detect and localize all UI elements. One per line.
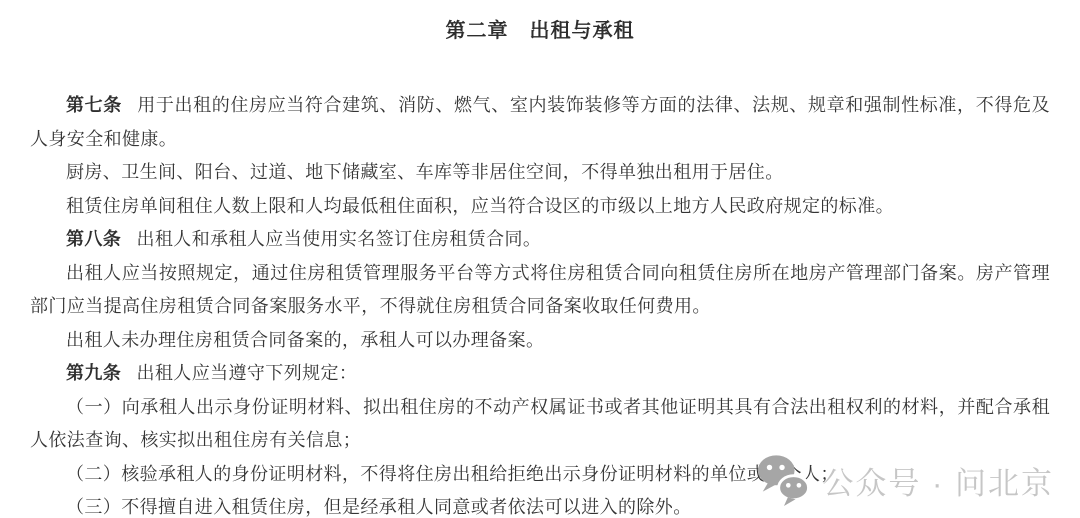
document-page: 第二章 出租与承租 第七条用于出租的住房应当符合建筑、消防、燃气、室内装饰装修等… bbox=[0, 0, 1080, 518]
paragraph-article-9: 第九条出租人应当遵守下列规定： bbox=[30, 357, 1050, 391]
paragraph-article-7: 第七条用于出租的住房应当符合建筑、消防、燃气、室内装饰装修等方面的法律、法规、规… bbox=[30, 89, 1050, 156]
paragraph: 出租人未办理住房租赁合同备案的，承租人可以办理备案。 bbox=[30, 324, 1050, 358]
article-label: 第九条 bbox=[66, 363, 121, 383]
paragraph-text: （二）核验承租人的身份证明材料，不得将住房出租给拒绝出示身份证明材料的单位或者个… bbox=[66, 464, 839, 484]
paragraph-text: （三）不得擅自进入租赁住房，但是经承租人同意或者依法可以进入的除外。 bbox=[66, 497, 692, 517]
paragraph-item-2: （二）核验承租人的身份证明材料，不得将住房出租给拒绝出示身份证明材料的单位或者个… bbox=[30, 458, 1050, 492]
paragraph-text: 出租人应当按照规定，通过住房租赁管理服务平台等方式将住房租赁合同向租赁住房所在地… bbox=[30, 263, 1050, 317]
paragraph-item-3: （三）不得擅自进入租赁住房，但是经承租人同意或者依法可以进入的除外。 bbox=[30, 491, 1050, 518]
paragraph-text: 用于出租的住房应当符合建筑、消防、燃气、室内装饰装修等方面的法律、法规、规章和强… bbox=[30, 95, 1050, 149]
article-label: 第八条 bbox=[66, 229, 121, 249]
paragraph-text: （一）向承租人出示身份证明材料、拟出租住房的不动产权属证书或者其他证明其具有合法… bbox=[30, 397, 1050, 451]
paragraph-text: 租赁住房单间租住人数上限和人均最低租住面积，应当符合设区的市级以上地方人民政府规… bbox=[66, 196, 894, 216]
paragraph: 租赁住房单间租住人数上限和人均最低租住面积，应当符合设区的市级以上地方人民政府规… bbox=[30, 190, 1050, 224]
chapter-title: 第二章 出租与承租 bbox=[30, 14, 1050, 43]
article-label: 第七条 bbox=[66, 95, 122, 115]
paragraph-article-8: 第八条出租人和承租人应当使用实名签订住房租赁合同。 bbox=[30, 223, 1050, 257]
paragraph: 出租人应当按照规定，通过住房租赁管理服务平台等方式将住房租赁合同向租赁住房所在地… bbox=[30, 257, 1050, 324]
paragraph-text: 厨房、卫生间、阳台、过道、地下储藏室、车库等非居住空间，不得单独出租用于居住。 bbox=[66, 162, 784, 182]
paragraph-text: 出租人应当遵守下列规定： bbox=[137, 363, 358, 383]
paragraph-item-1: （一）向承租人出示身份证明材料、拟出租住房的不动产权属证书或者其他证明其具有合法… bbox=[30, 391, 1050, 458]
paragraph-text: 出租人和承租人应当使用实名签订住房租赁合同。 bbox=[137, 229, 542, 249]
paragraph-text: 出租人未办理住房租赁合同备案的，承租人可以办理备案。 bbox=[66, 330, 544, 350]
paragraph: 厨房、卫生间、阳台、过道、地下储藏室、车库等非居住空间，不得单独出租用于居住。 bbox=[30, 156, 1050, 190]
